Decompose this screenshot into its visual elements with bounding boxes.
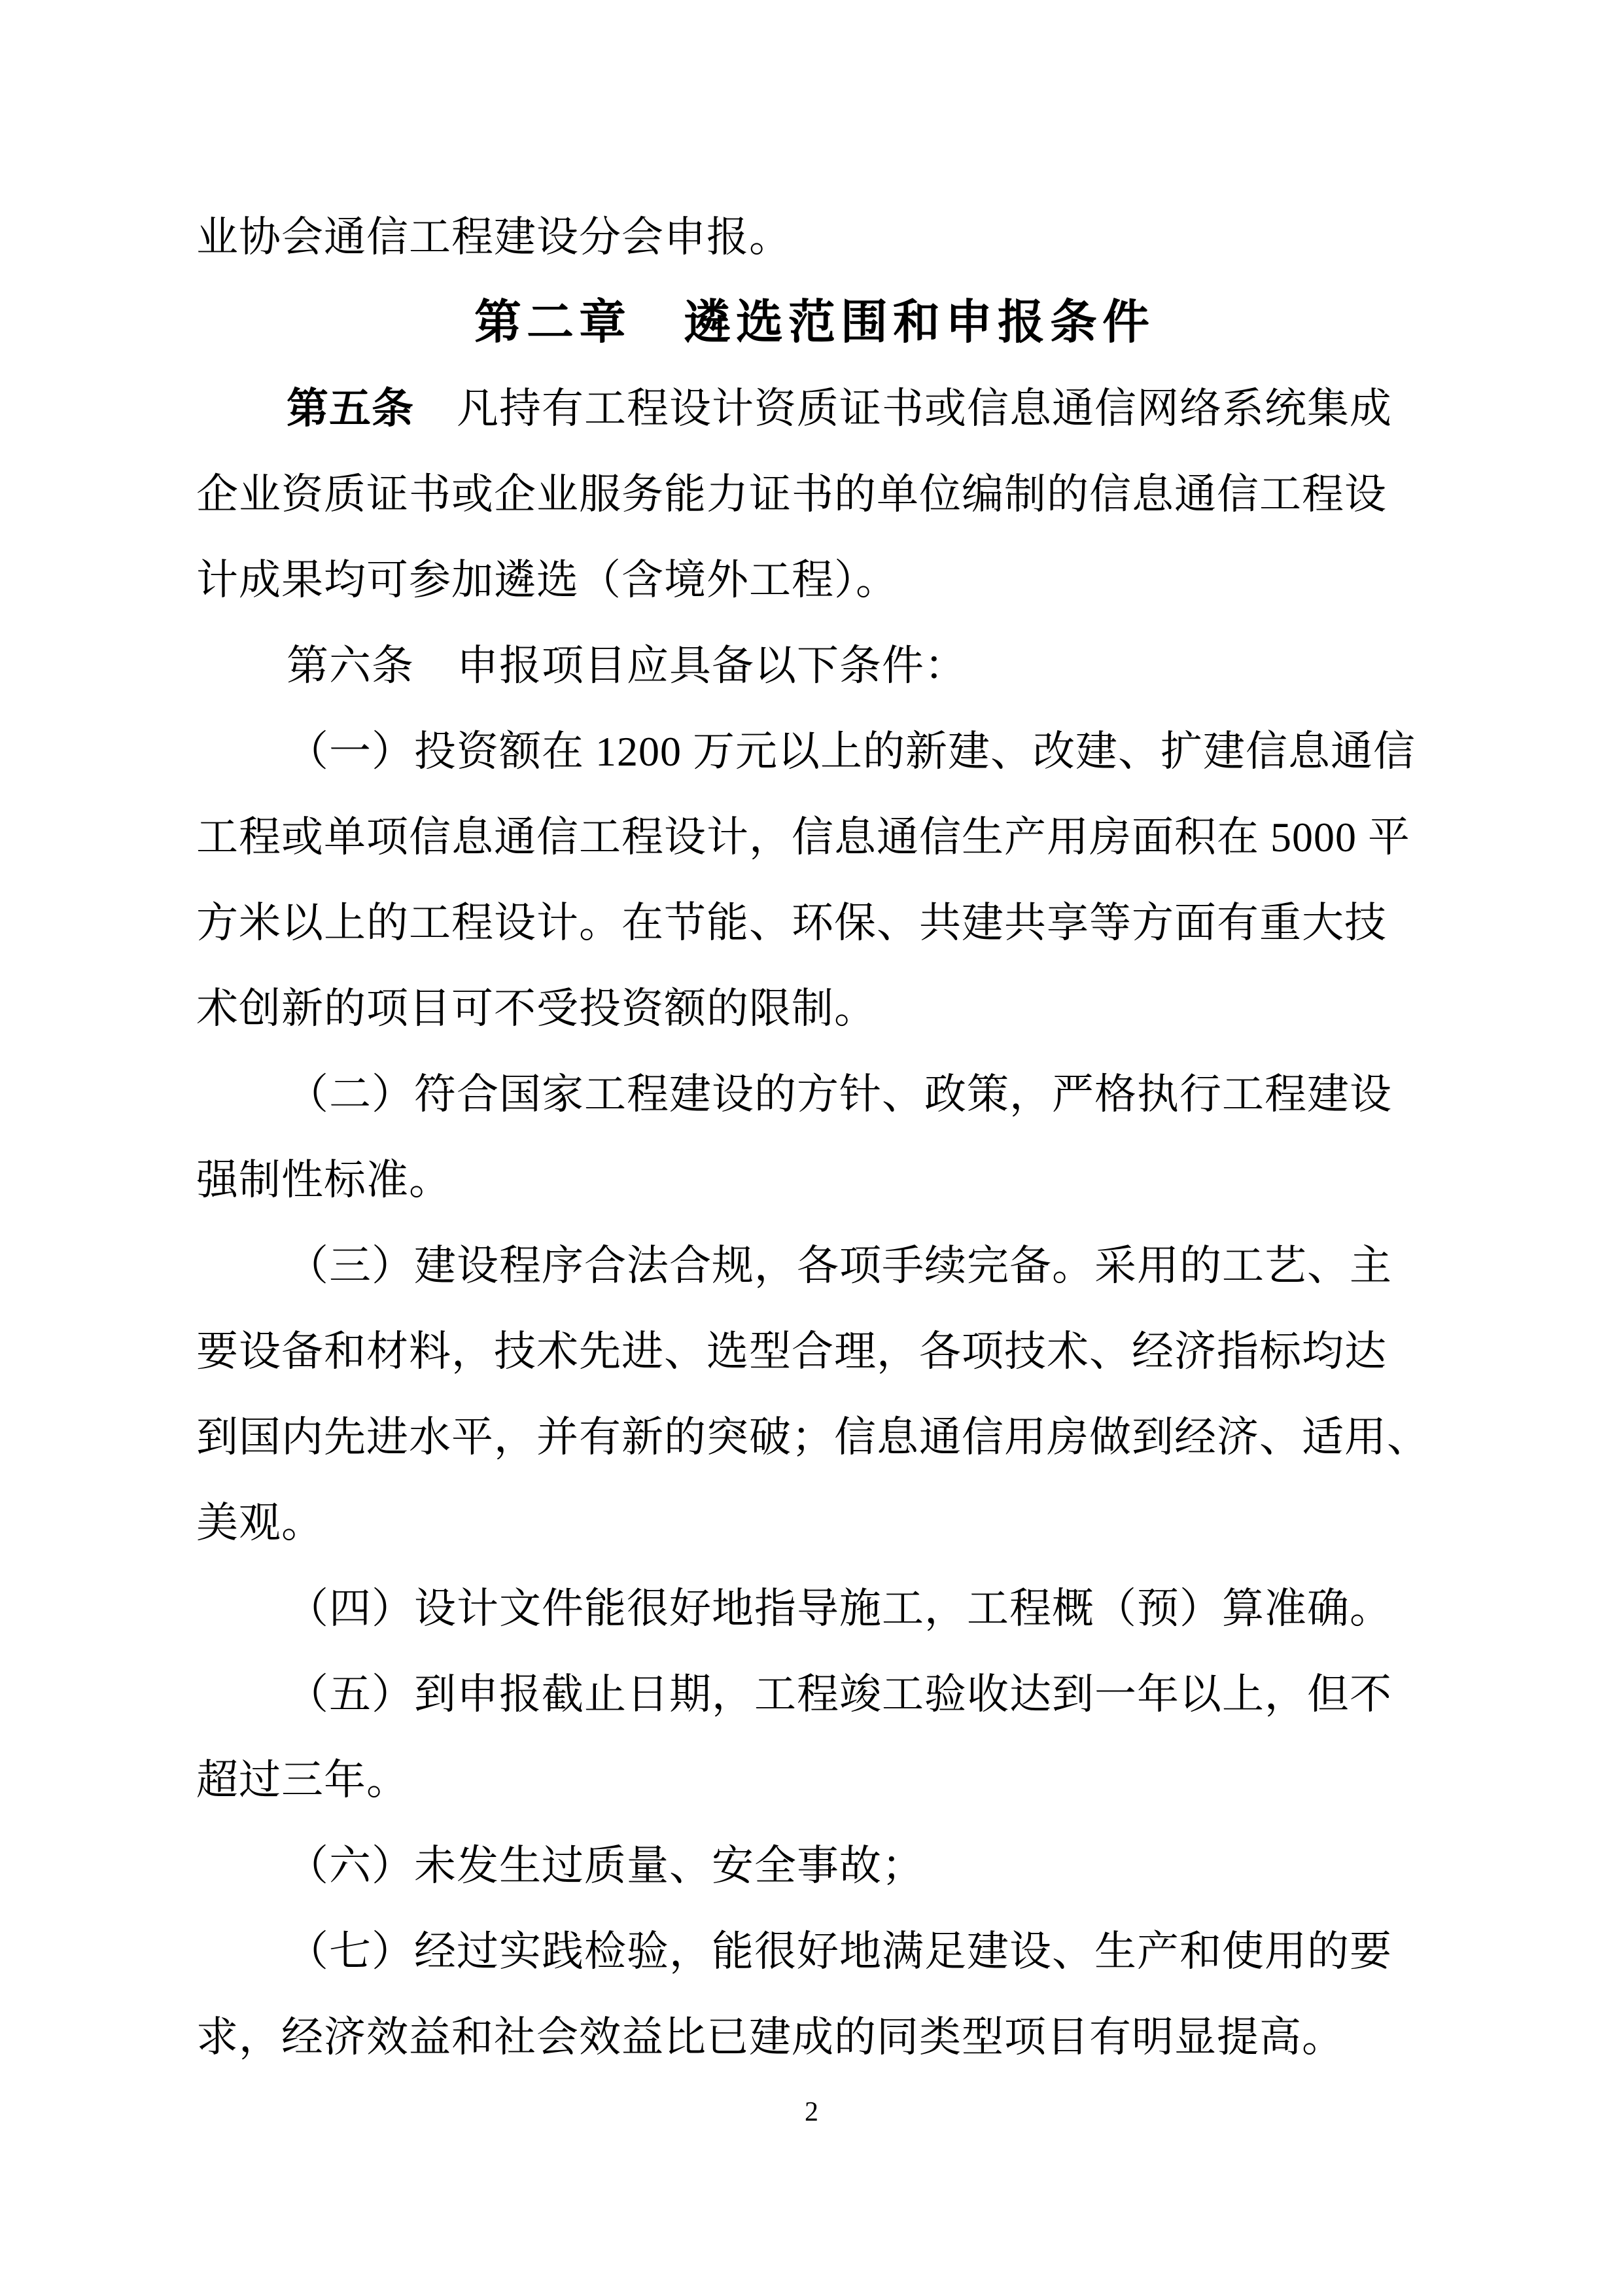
page-number: 2	[0, 2094, 1623, 2130]
condition-3-line: （三）建设程序合法合规，各项手续完备。采用的工艺、主	[196, 1223, 1433, 1309]
article-5-number-bold: 第五条	[287, 385, 414, 432]
text-line: 要设备和材料，技术先进、选型合理，各项技术、经济指标均达	[196, 1309, 1433, 1394]
document-body: 业协会通信工程建设分会申报。 第二章 遴选范围和申报条件 第五条 凡持有工程设计…	[196, 194, 1433, 2080]
chapter-heading: 第二章 遴选范围和申报条件	[196, 280, 1433, 366]
text-line: 强制性标准。	[196, 1137, 1433, 1223]
article-5-line: 第五条 凡持有工程设计资质证书或信息通信网络系统集成	[196, 366, 1433, 451]
text-line: 工程或单项信息通信工程设计，信息通信生产用房面积在 5000 平	[196, 794, 1433, 880]
text-line: 术创新的项目可不受投资额的限制。	[196, 966, 1433, 1051]
text-line: 求，经济效益和社会效益比已建成的同类型项目有明显提高。	[196, 1994, 1433, 2080]
condition-5-line: （五）到申报截止日期，工程竣工验收达到一年以上，但不	[196, 1651, 1433, 1737]
document-page: 业协会通信工程建设分会申报。 第二章 遴选范围和申报条件 第五条 凡持有工程设计…	[0, 0, 1623, 2296]
text-line: 到国内先进水平，并有新的突破；信息通信用房做到经济、适用、	[196, 1394, 1433, 1480]
condition-2-line: （二）符合国家工程建设的方针、政策，严格执行工程建设	[196, 1051, 1433, 1137]
text-line: 计成果均可参加遴选（含境外工程）。	[196, 537, 1433, 623]
article-6-line: 第六条 申报项目应具备以下条件：	[196, 623, 1433, 709]
condition-4-line: （四）设计文件能很好地指导施工，工程概（预）算准确。	[196, 1566, 1433, 1651]
text-line: 美观。	[196, 1480, 1433, 1566]
text-line: 方米以上的工程设计。在节能、环保、共建共享等方面有重大技	[196, 880, 1433, 966]
text-line: 超过三年。	[196, 1737, 1433, 1823]
text-line-continuation: 业协会通信工程建设分会申报。	[196, 194, 1433, 280]
text-line: 企业资质证书或企业服务能力证书的单位编制的信息通信工程设	[196, 451, 1433, 537]
condition-6-line: （六）未发生过质量、安全事故；	[196, 1823, 1433, 1909]
article-5-text: 凡持有工程设计资质证书或信息通信网络系统集成	[414, 385, 1392, 432]
condition-1-line: （一）投资额在 1200 万元以上的新建、改建、扩建信息通信	[196, 709, 1433, 794]
condition-7-line: （七）经过实践检验，能很好地满足建设、生产和使用的要	[196, 1909, 1433, 1994]
